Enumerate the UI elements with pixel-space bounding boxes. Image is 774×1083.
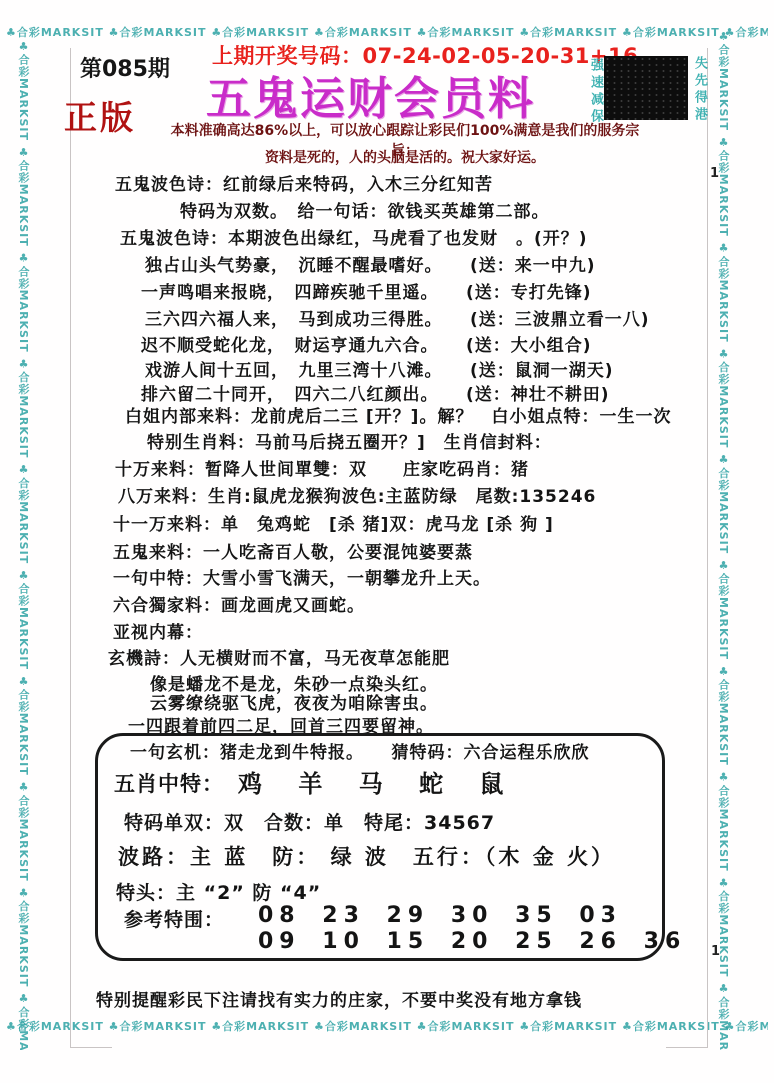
tip-line: 十一万来料：单 兔鸡蛇 [杀 猪]双：虎马龙 [杀 狗 ] bbox=[113, 510, 554, 535]
tip-line: 五鬼来料：一人吃斋百人敬，公要混饨婆要蒸 bbox=[113, 538, 473, 563]
scanned-lottery-sheet: ♣合彩MARKSIT ♣合彩MARKSIT ♣合彩MARKSIT ♣合彩MARK… bbox=[0, 0, 774, 1083]
issue-number: 第085期 bbox=[80, 52, 170, 83]
reference-numbers-row1: 08 23 29 30 35 03 bbox=[258, 903, 622, 928]
tip-line: 玄機詩：人无横财而不富，马无夜草怎能肥 bbox=[108, 644, 450, 669]
tip-line: 云雾缭绕驱飞虎，夜夜为咱除害虫。 bbox=[150, 689, 438, 714]
watermark-left: ♣合彩MARKSIT ♣合彩MARKSIT ♣合彩MARKSIT ♣合彩MARK… bbox=[16, 40, 31, 1050]
tip-line: 戏游人间十五回， 九里三湾十八滩。 (送：鼠洞一湖天) bbox=[145, 356, 614, 381]
tip-line: 一声鸣唱来报晓， 四蹄疾驰千里遥。 (送：专打先锋) bbox=[141, 278, 592, 303]
tip-line: 五鬼波色诗：本期波色出绿红，马虎看了也发财 。(开？) bbox=[120, 224, 588, 249]
five-xiao-label: 五肖中特： bbox=[114, 768, 224, 798]
tip-line: 亚视内幕： bbox=[113, 618, 203, 643]
scan-frame-right bbox=[707, 48, 708, 1048]
reference-numbers-row2: 09 10 15 20 25 26 36 bbox=[258, 929, 686, 954]
prediction-box: 一句玄机：猪走龙到牛特报。 猜特码：六合运程乐欣欣 五肖中特： 鸡 羊 马 蛇 … bbox=[95, 733, 665, 961]
tip-line: 一句中特：大雪小雪飞满天，一朝攀龙升上天。 bbox=[113, 564, 491, 589]
tip-line: 独占山头气势豪， 沉睡不醒最嗜好。 (送：来一中九) bbox=[145, 251, 596, 276]
tip-line: 八万来料：生肖:鼠虎龙猴狗波色:主蓝防绿 尾数:135246 bbox=[118, 482, 596, 507]
tip-line: 六合獨家料：画龙画虎又画蛇。 bbox=[113, 591, 365, 616]
bettor-warning: 特别提醒彩民下注请找有实力的庄家，不要中奖没有地方拿钱 bbox=[96, 986, 582, 1011]
tip-line: 迟不顺受蛇化龙， 财运亨通九六合。 (送：大小组合) bbox=[141, 331, 592, 356]
watermark-bottom: ♣合彩MARKSIT ♣合彩MARKSIT ♣合彩MARKSIT ♣合彩MARK… bbox=[6, 1018, 768, 1033]
odd-even-line: 特码单双：双 合数：单 特尾：34567 bbox=[124, 808, 495, 835]
stamp-side-text-right: 失先得港 bbox=[692, 56, 706, 124]
watermark-top: ♣合彩MARKSIT ♣合彩MARKSIT ♣合彩MARKSIT ♣合彩MARK… bbox=[6, 24, 768, 39]
mystery-line: 一句玄机：猪走龙到牛特报。 猜特码：六合运程乐欣欣 bbox=[130, 738, 590, 763]
stamp-side-text-left: 强速减保 bbox=[588, 58, 602, 126]
luck-slogan: 资料是死的，人的头脑是活的。祝大家好运。 bbox=[170, 147, 640, 167]
tip-line: 十万来料：暂降人世间單雙：双 庄家吃码肖：猪 bbox=[115, 455, 529, 480]
five-xiao-value: 鸡 羊 马 蛇 鼠 bbox=[238, 764, 517, 799]
wave-path-line: 波路：主 蓝 防： 绿 波 五行：（木 金 火） bbox=[118, 841, 615, 871]
black-stamp-image bbox=[604, 56, 688, 120]
scan-frame-bottom-left bbox=[70, 1047, 112, 1048]
watermark-right: ♣合彩MARKSIT ♣合彩MARKSIT ♣合彩MARKSIT ♣合彩MARK… bbox=[716, 30, 731, 1050]
edition-label: 正版 bbox=[64, 92, 136, 139]
tip-line: 五鬼波色诗：红前绿后来特码，入木三分红知苦 bbox=[115, 170, 493, 195]
tip-line: 白姐内部来料：龙前虎后二三 [开？]。解？ 白小姐点特：一生一次 bbox=[125, 402, 671, 427]
scan-artifact: 1 bbox=[710, 166, 719, 181]
scan-frame-bottom-right bbox=[666, 1047, 708, 1048]
page-title: 五鬼运财会员料 bbox=[206, 62, 535, 127]
special-head-line: 特头：主 “2” 防 “4” bbox=[116, 878, 321, 905]
tip-line: 特码为双数。 给一句话：欲钱买英雄第二部。 bbox=[180, 197, 550, 222]
reference-range-label: 参考特围： bbox=[124, 905, 224, 932]
tip-line: 三六四六福人来， 马到成功三得胜。 (送：三波鼎立看一八) bbox=[145, 305, 650, 330]
scan-frame-left bbox=[70, 48, 71, 1048]
tip-line: 特别生肖料：马前马后挠五圈开？] 生肖信封料： bbox=[147, 428, 552, 453]
scan-artifact: 1 bbox=[711, 944, 720, 959]
